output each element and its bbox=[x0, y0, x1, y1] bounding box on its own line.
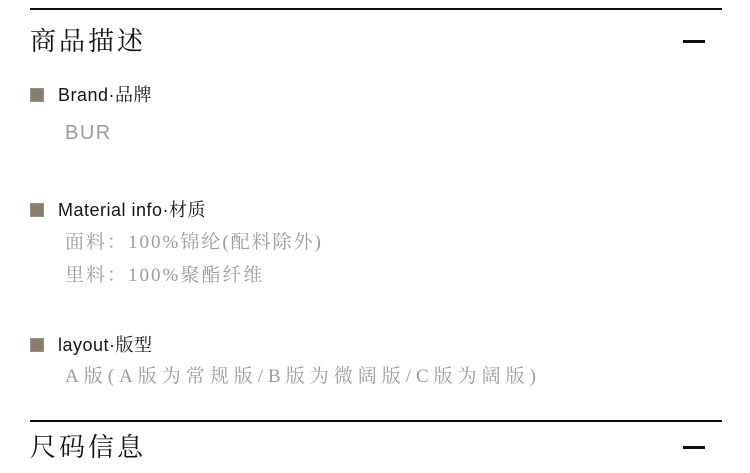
item-heading: Brand·品牌 bbox=[58, 85, 152, 105]
product-description-page: 商品描述 Brand·品牌 BUR Material info·材质 面料：10… bbox=[0, 8, 750, 473]
material-fabric-line: 面料：100%锦纶(配料除外) bbox=[65, 226, 722, 259]
item-body: BUR bbox=[30, 120, 722, 146]
section-title: 商品描述 bbox=[30, 22, 146, 60]
layout-value-line: A版(A版为常规版/B版为微阔版/C版为阔版) bbox=[65, 364, 722, 390]
item-heading: Material info·材质 bbox=[58, 200, 206, 220]
minus-icon bbox=[683, 40, 705, 43]
section-size-info: 尺码信息 bbox=[30, 420, 722, 466]
section-title: 尺码信息 bbox=[30, 428, 146, 466]
item-heading: layout·版型 bbox=[58, 335, 153, 355]
collapse-toggle-button[interactable] bbox=[683, 436, 705, 458]
section-header: 尺码信息 bbox=[30, 422, 722, 466]
item-body: 面料：100%锦纶(配料除外) 里料：100%聚酯纤维 bbox=[30, 226, 722, 292]
item-heading-row: Material info·材质 bbox=[30, 200, 722, 220]
item-material: Material info·材质 面料：100%锦纶(配料除外) 里料：100%… bbox=[30, 200, 722, 292]
bullet-square-icon bbox=[30, 203, 44, 217]
section-header: 商品描述 bbox=[30, 10, 722, 60]
material-lining-line: 里料：100%聚酯纤维 bbox=[65, 259, 722, 292]
brand-value: BUR bbox=[65, 120, 722, 146]
section-product-description: 商品描述 Brand·品牌 BUR Material info·材质 面料：10… bbox=[30, 8, 722, 390]
bullet-square-icon bbox=[30, 338, 44, 352]
item-heading-row: layout·版型 bbox=[30, 335, 722, 355]
item-layout: layout·版型 A版(A版为常规版/B版为微阔版/C版为阔版) bbox=[30, 335, 722, 390]
minus-icon bbox=[683, 446, 705, 449]
item-heading-row: Brand·品牌 bbox=[30, 85, 722, 105]
item-body: A版(A版为常规版/B版为微阔版/C版为阔版) bbox=[30, 364, 722, 390]
collapse-toggle-button[interactable] bbox=[683, 30, 705, 52]
item-brand: Brand·品牌 BUR bbox=[30, 85, 722, 146]
bullet-square-icon bbox=[30, 88, 44, 102]
